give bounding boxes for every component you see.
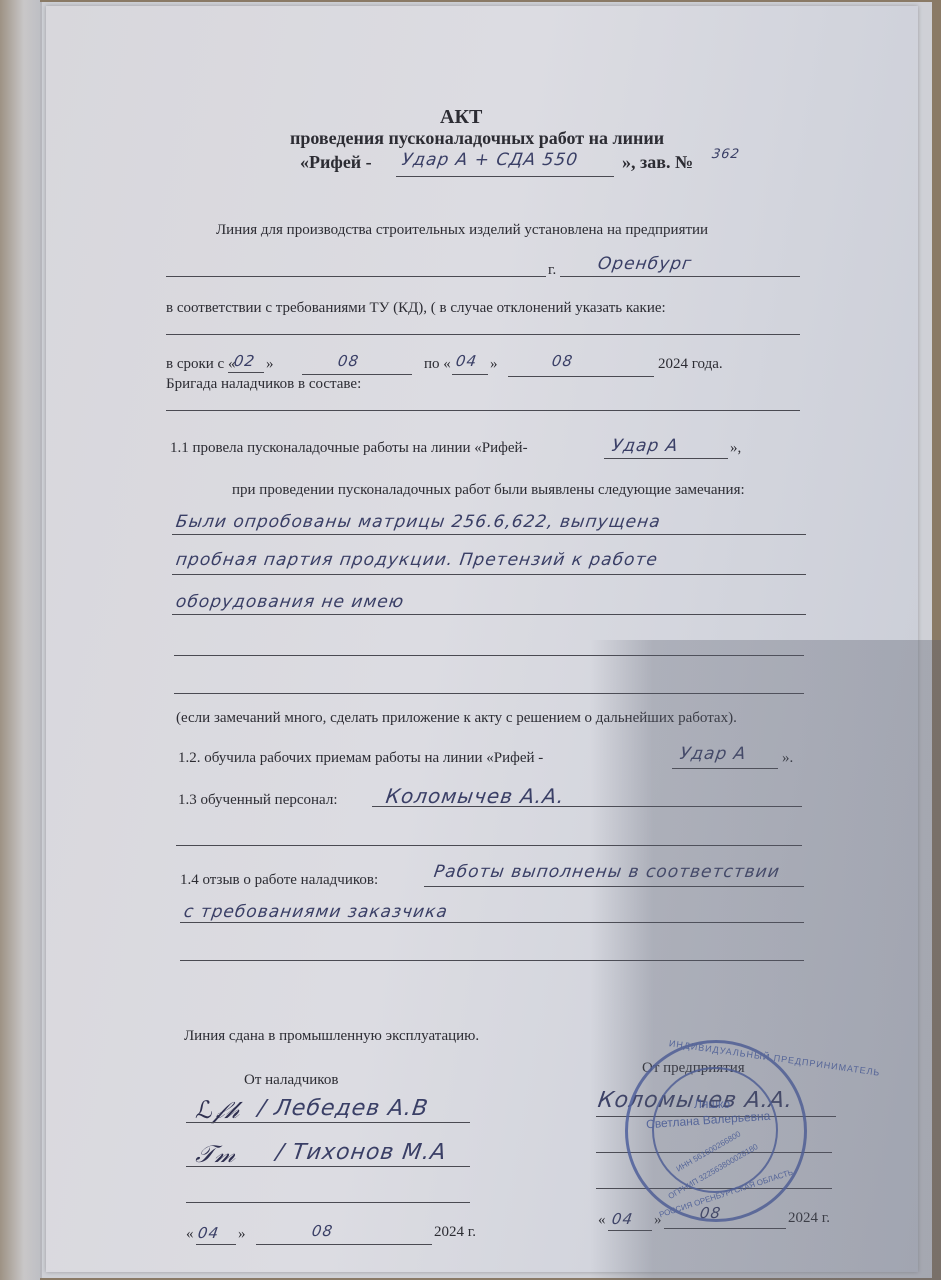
section-1-2-close: ».	[782, 750, 793, 767]
from-day-handwritten: 02	[233, 352, 257, 370]
underline	[452, 374, 488, 375]
compliance-text: в соответствии с требованиями ТУ (КД), (…	[166, 300, 666, 317]
signature-scribble: 𝒯𝓂	[194, 1140, 239, 1168]
line-name-suffix: », зав. №	[622, 152, 693, 173]
to-day-handwritten: 04	[455, 352, 479, 370]
section-1-1-close: »,	[730, 440, 741, 457]
underline	[186, 1122, 470, 1123]
section-1-2-text: 1.2. обучила рабочих приемам работы на л…	[178, 750, 543, 767]
serial-number-handwritten: 362	[711, 147, 741, 162]
from-label: в сроки с «	[166, 356, 235, 373]
section-1-3-text: 1.3 обученный персонал:	[178, 792, 338, 809]
folder-spine	[0, 0, 40, 1280]
city-label: г.	[548, 262, 556, 279]
line-model-handwritten: Удар А + СДА 550	[401, 150, 580, 170]
from-month-handwritten: 08	[337, 352, 361, 370]
document-title: АКТ	[440, 106, 482, 129]
from-close: »	[266, 356, 274, 373]
underline	[174, 655, 804, 656]
deviation-blank	[166, 334, 800, 335]
section-1-1-line-handwritten: Удар А	[611, 436, 680, 456]
underline	[180, 960, 804, 961]
remarks-label: при проведении пусконаладочных работ был…	[232, 482, 745, 499]
underline	[396, 176, 614, 177]
section-1-4-text: 1.4 отзыв о работе наладчиков:	[180, 872, 378, 889]
left-date-year: 2024 г.	[434, 1224, 476, 1241]
underline	[174, 693, 804, 694]
quote-close: »	[238, 1226, 246, 1243]
underline	[560, 276, 800, 277]
underline	[196, 1244, 236, 1245]
company-stamp: ИНДИВИДУАЛЬНЫЙ ПРЕДПРИНИМАТЕЛЬ Ляшко Све…	[625, 1040, 807, 1222]
underline	[372, 806, 802, 807]
to-month-handwritten: 08	[551, 352, 575, 370]
underline	[172, 574, 806, 575]
underline	[604, 458, 728, 459]
from-adjusters-label: От наладчиков	[244, 1072, 338, 1089]
remarks-note: (если замечаний много, сделать приложени…	[176, 710, 737, 727]
remarks-line-1: Были опробованы матрицы 256.6,622, выпущ…	[175, 512, 663, 532]
underline	[664, 1228, 786, 1229]
underline	[608, 1230, 652, 1231]
left-date-day-handwritten: 04	[197, 1224, 221, 1242]
underline	[172, 614, 806, 615]
to-close: »	[490, 356, 498, 373]
year-text: 2024 года.	[658, 356, 723, 373]
to-label: по «	[424, 356, 451, 373]
underline	[186, 1202, 470, 1203]
quote-open: «	[598, 1212, 606, 1229]
crew-blank	[166, 410, 800, 411]
signer-2-handwritten: / Тихонов М.А	[274, 1140, 448, 1165]
trained-person-handwritten: Коломычев А.А.	[384, 784, 566, 808]
underline	[228, 372, 264, 373]
review-line-1: Работы выполнены в соответствии	[433, 862, 782, 882]
city-handwritten: Оренбург	[597, 254, 694, 274]
intro-text: Линия для производства строительных изде…	[216, 222, 708, 239]
underline	[672, 768, 778, 769]
section-1-2-line-handwritten: Удар А	[679, 744, 748, 764]
closing-text: Линия сдана в промышленную эксплуатацию.	[184, 1028, 479, 1045]
line-name-prefix: «Рифей -	[300, 152, 372, 173]
underline	[302, 374, 412, 375]
quote-open: «	[186, 1226, 194, 1243]
underline	[256, 1244, 432, 1245]
section-1-1-text: 1.1 провела пусконаладочные работы на ли…	[170, 440, 528, 457]
signature-scribble: ℒ𝒻𝒽	[194, 1096, 243, 1124]
remarks-line-3: оборудования не имею	[175, 592, 406, 612]
left-date-month-handwritten: 08	[311, 1222, 335, 1240]
review-line-2: с требованиями заказчика	[183, 902, 450, 922]
underline	[424, 886, 804, 887]
underline	[172, 534, 806, 535]
enterprise-blank	[166, 276, 546, 277]
underline	[176, 845, 802, 846]
right-date-year: 2024 г.	[788, 1210, 830, 1227]
remarks-line-2: пробная партия продукции. Претензий к ра…	[175, 550, 660, 570]
document-subtitle: проведения пусконаладочных работ на лини…	[290, 128, 664, 149]
underline	[508, 376, 654, 377]
stamp-name-1: Ляшко	[694, 1097, 730, 1111]
right-date-day-handwritten: 04	[611, 1210, 635, 1228]
crew-label: Бригада наладчиков в составе:	[166, 376, 361, 393]
underline	[180, 922, 804, 923]
signer-1-handwritten: / Лебедев А.В	[256, 1096, 430, 1121]
underline	[186, 1166, 470, 1167]
